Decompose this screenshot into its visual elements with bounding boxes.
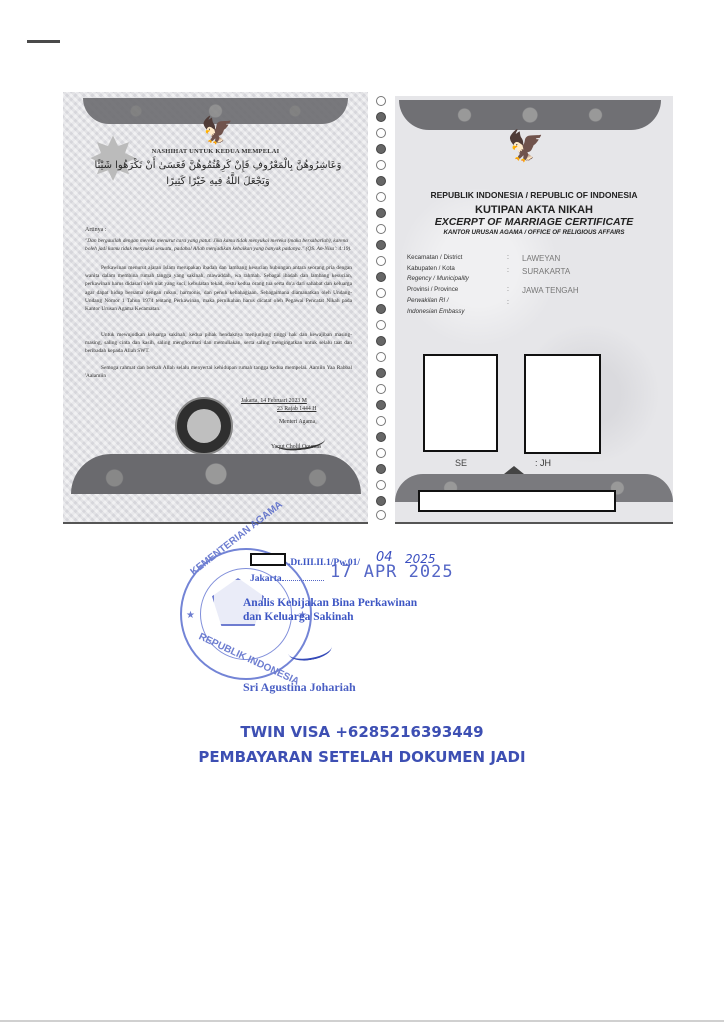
redacted-photo-1 — [423, 354, 498, 452]
field-label-regency-en: Regency / Municipality — [407, 275, 469, 282]
star-icon: ★ — [186, 610, 195, 621]
advice-paragraph-2: Untuk mewujudkan keluarga sakinah, kedua… — [85, 331, 352, 356]
country-heading: REPUBLIK INDONESIA / REPUBLIC OF INDONES… — [395, 190, 673, 200]
field-label-embassy: Perwakilan RI / — [407, 297, 449, 304]
marriage-advice-page: ✸ 🦅 NASHIHAT UNTUK KEDUA MEMPELAI وَعَاش… — [63, 92, 368, 524]
colon: : — [507, 299, 509, 306]
field-value-district: LAWEYAN — [522, 254, 560, 263]
office-heading: KANTOR URUSAN AGAMA / OFFICE OF RELIGIOU… — [395, 229, 673, 236]
field-value-regency: SURAKARTA — [522, 267, 570, 276]
date-stamp: 17 APR 2025 — [330, 562, 454, 582]
colon: : — [507, 286, 509, 293]
stamp-place: Jakarta — [250, 574, 324, 584]
redacted-serial-number — [418, 490, 616, 512]
official-position-line-2: dan Keluarga Sakinah — [243, 611, 354, 623]
page-edge — [0, 1020, 724, 1022]
garuda-emblem-icon: 🦅 — [201, 116, 231, 146]
top-ornament — [399, 100, 661, 130]
certificate-title-english: EXCERPT OF MARRIAGE CERTIFICATE — [395, 216, 673, 228]
signer-title: Menteri Agama, — [241, 419, 361, 427]
advice-paragraph-3: Semoga rahmat dan berkah Allah selalu me… — [85, 364, 352, 380]
translation-label: Artinya : — [85, 227, 107, 233]
binder-rings — [370, 92, 392, 522]
field-label-regency: Kabupaten / Kota — [407, 265, 455, 272]
place-name: Jakarta — [250, 574, 282, 584]
garuda-emblem-icon: 🦅 — [507, 132, 537, 162]
certificate-title: KUTIPAN AKTA NIKAH — [395, 204, 673, 216]
marriage-certificate-page: 🦅 REPUBLIK INDONESIA / REPUBLIC OF INDON… — [395, 96, 673, 524]
official-position-line-1: Analis Kebijakan Bina Perkawinan — [243, 597, 417, 609]
ministry-seal — [175, 397, 233, 455]
advice-title: NASHIHAT UNTUK KEDUA MEMPELAI — [63, 148, 368, 155]
hijri-date: 23 Rajab 1444 H — [241, 406, 361, 414]
redacted-reference-prefix — [250, 553, 286, 566]
field-label-embassy-en: Indonesian Embassy — [407, 308, 464, 315]
field-value-province: JAWA TENGAH — [522, 286, 579, 295]
colon: : — [507, 254, 509, 261]
contact-line: TWIN VISA +6285216393449 — [0, 723, 724, 741]
serial-prefix: SE — [455, 458, 467, 468]
field-label-district: Kecamatan / District — [407, 254, 462, 261]
advice-paragraph-1: Perkawinan menurut ajaran Islam merupaka… — [85, 264, 352, 313]
arabic-verse-line-1: وَعَاشِرُوهُنَّ بِالْمَعْرُوفِ فَإِنْ كَ… — [83, 160, 353, 171]
gregorian-date: Jakarta, 14 Februari 2023 M — [241, 398, 361, 406]
field-label-province: Provinsi / Province — [407, 286, 458, 293]
verse-translation: "Dan bergaullah dengan mereka menurut ca… — [85, 237, 352, 253]
bottom-ornament — [71, 454, 361, 494]
arabic-verse-line-2: وَيَجْعَلَ اللَّهُ فِيهِ خَيْرًا كَثِيرً… — [83, 176, 353, 187]
redacted-photo-2 — [524, 354, 601, 454]
scan-mark — [27, 40, 60, 43]
official-name: Sri Agustina Johariah — [243, 680, 356, 695]
colon: : — [507, 267, 509, 274]
serial-suffix: : JH — [535, 458, 551, 468]
payment-note: PEMBAYARAN SETELAH DOKUMEN JADI — [0, 748, 724, 766]
